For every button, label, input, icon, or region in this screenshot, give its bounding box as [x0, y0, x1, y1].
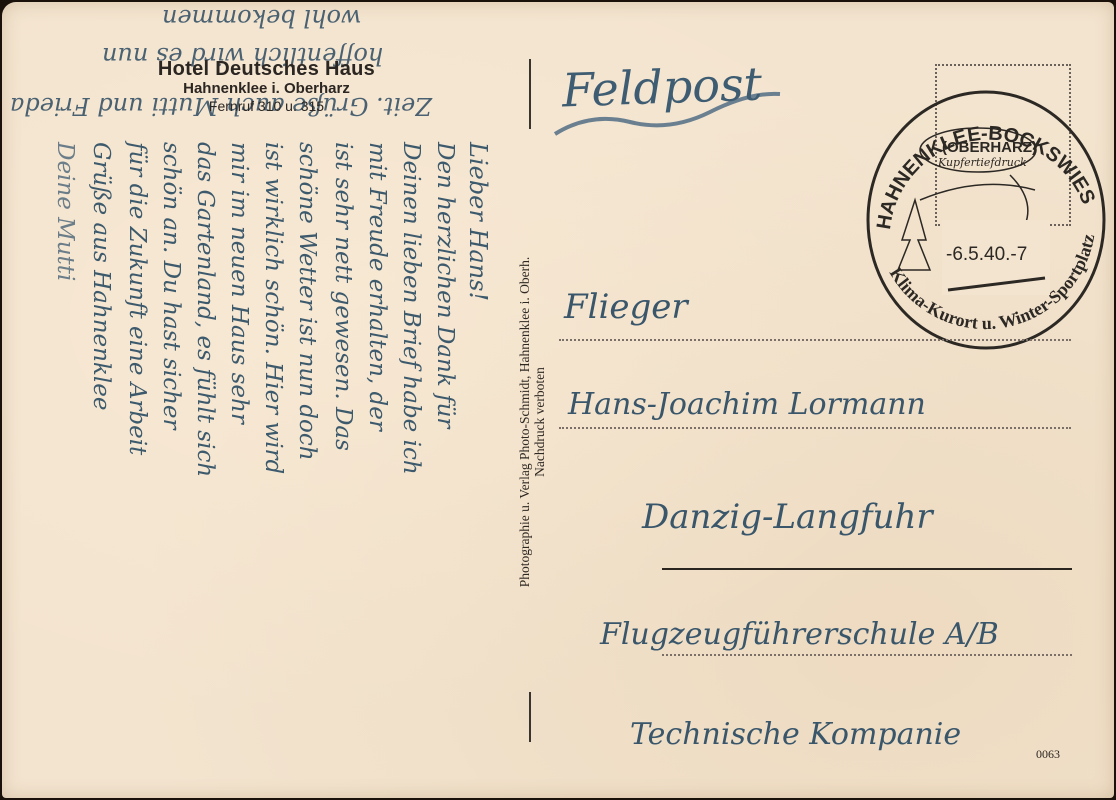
- message-column: Den herzlichen Dank für: [432, 142, 458, 428]
- address-line: [662, 654, 1072, 656]
- hotel-town: Hahnenklee i. Oberharz: [94, 80, 439, 98]
- message-column: schöne Wetter ist nun doch: [294, 142, 320, 461]
- hotel-letterhead: Hotel Deutsches Haus Hahnenklee i. Oberh…: [94, 58, 439, 115]
- message-top-line: wohl bekommen: [162, 4, 362, 32]
- recipient-name: Hans-Joachim Lormann: [568, 387, 926, 422]
- message-column: mir im neuen Haus sehr: [226, 142, 252, 424]
- serial-number: 0063: [1036, 747, 1060, 762]
- message-column: Deine Mutti: [52, 142, 78, 281]
- recipient-company: Technische Kompanie: [630, 717, 961, 752]
- publisher-line: Nachdruck verboten: [532, 257, 547, 587]
- postmark-date: -6.5.40.-7: [946, 244, 1027, 265]
- postmark-region: (OBERHARZ): [942, 139, 1037, 156]
- hotel-name: Hotel Deutsches Haus: [94, 58, 439, 80]
- message-column: Lieber Hans!: [464, 142, 492, 301]
- message-column: ist wirklich schön. Hier wird: [260, 142, 286, 474]
- divider-line-bottom: [529, 692, 531, 742]
- message-column: ist sehr nett gewesen. Das: [330, 142, 356, 451]
- publisher-line: Photographie u. Verlag Photo-Schmidt, Ha…: [517, 257, 532, 587]
- address-line: [559, 339, 1071, 341]
- divider-line-top: [529, 59, 531, 129]
- message-column: das Gartenland, es fühlt sich: [192, 142, 218, 477]
- message-column: Grüße aus Hahnenklee: [88, 142, 114, 410]
- address-line-city: [662, 568, 1072, 570]
- message-column: Deinen lieben Brief habe ich: [398, 142, 424, 475]
- postmark-inset-label: Kupfertiefdruck: [937, 156, 1027, 169]
- message-column: für die Zukunft eine Arbeit: [124, 142, 150, 455]
- recipient-city: Danzig-Langfuhr: [642, 497, 933, 537]
- hotel-phone: Fernruf 310 u. 315: [94, 98, 439, 115]
- postmark-icon: HAHNENKLEE-BOCKSWIESE Klima-Kurort u. Wi…: [860, 80, 1110, 350]
- feldpost-mark: Feldpost: [561, 57, 763, 118]
- recipient-rank: Flieger: [564, 287, 688, 327]
- message-column: mit Freude erhalten, der: [364, 142, 390, 431]
- publisher-imprint: Photographie u. Verlag Photo-Schmidt, Ha…: [517, 257, 547, 587]
- address-line: [559, 427, 1071, 429]
- handwritten-message: wohl bekommen hoffentlich wird es nun Ze…: [2, 2, 522, 798]
- postcard-back: wohl bekommen hoffentlich wird es nun Ze…: [2, 2, 1114, 798]
- recipient-unit: Flugzeugführerschule A/B: [600, 617, 999, 652]
- message-column: schön an. Du hast sicher: [158, 142, 184, 430]
